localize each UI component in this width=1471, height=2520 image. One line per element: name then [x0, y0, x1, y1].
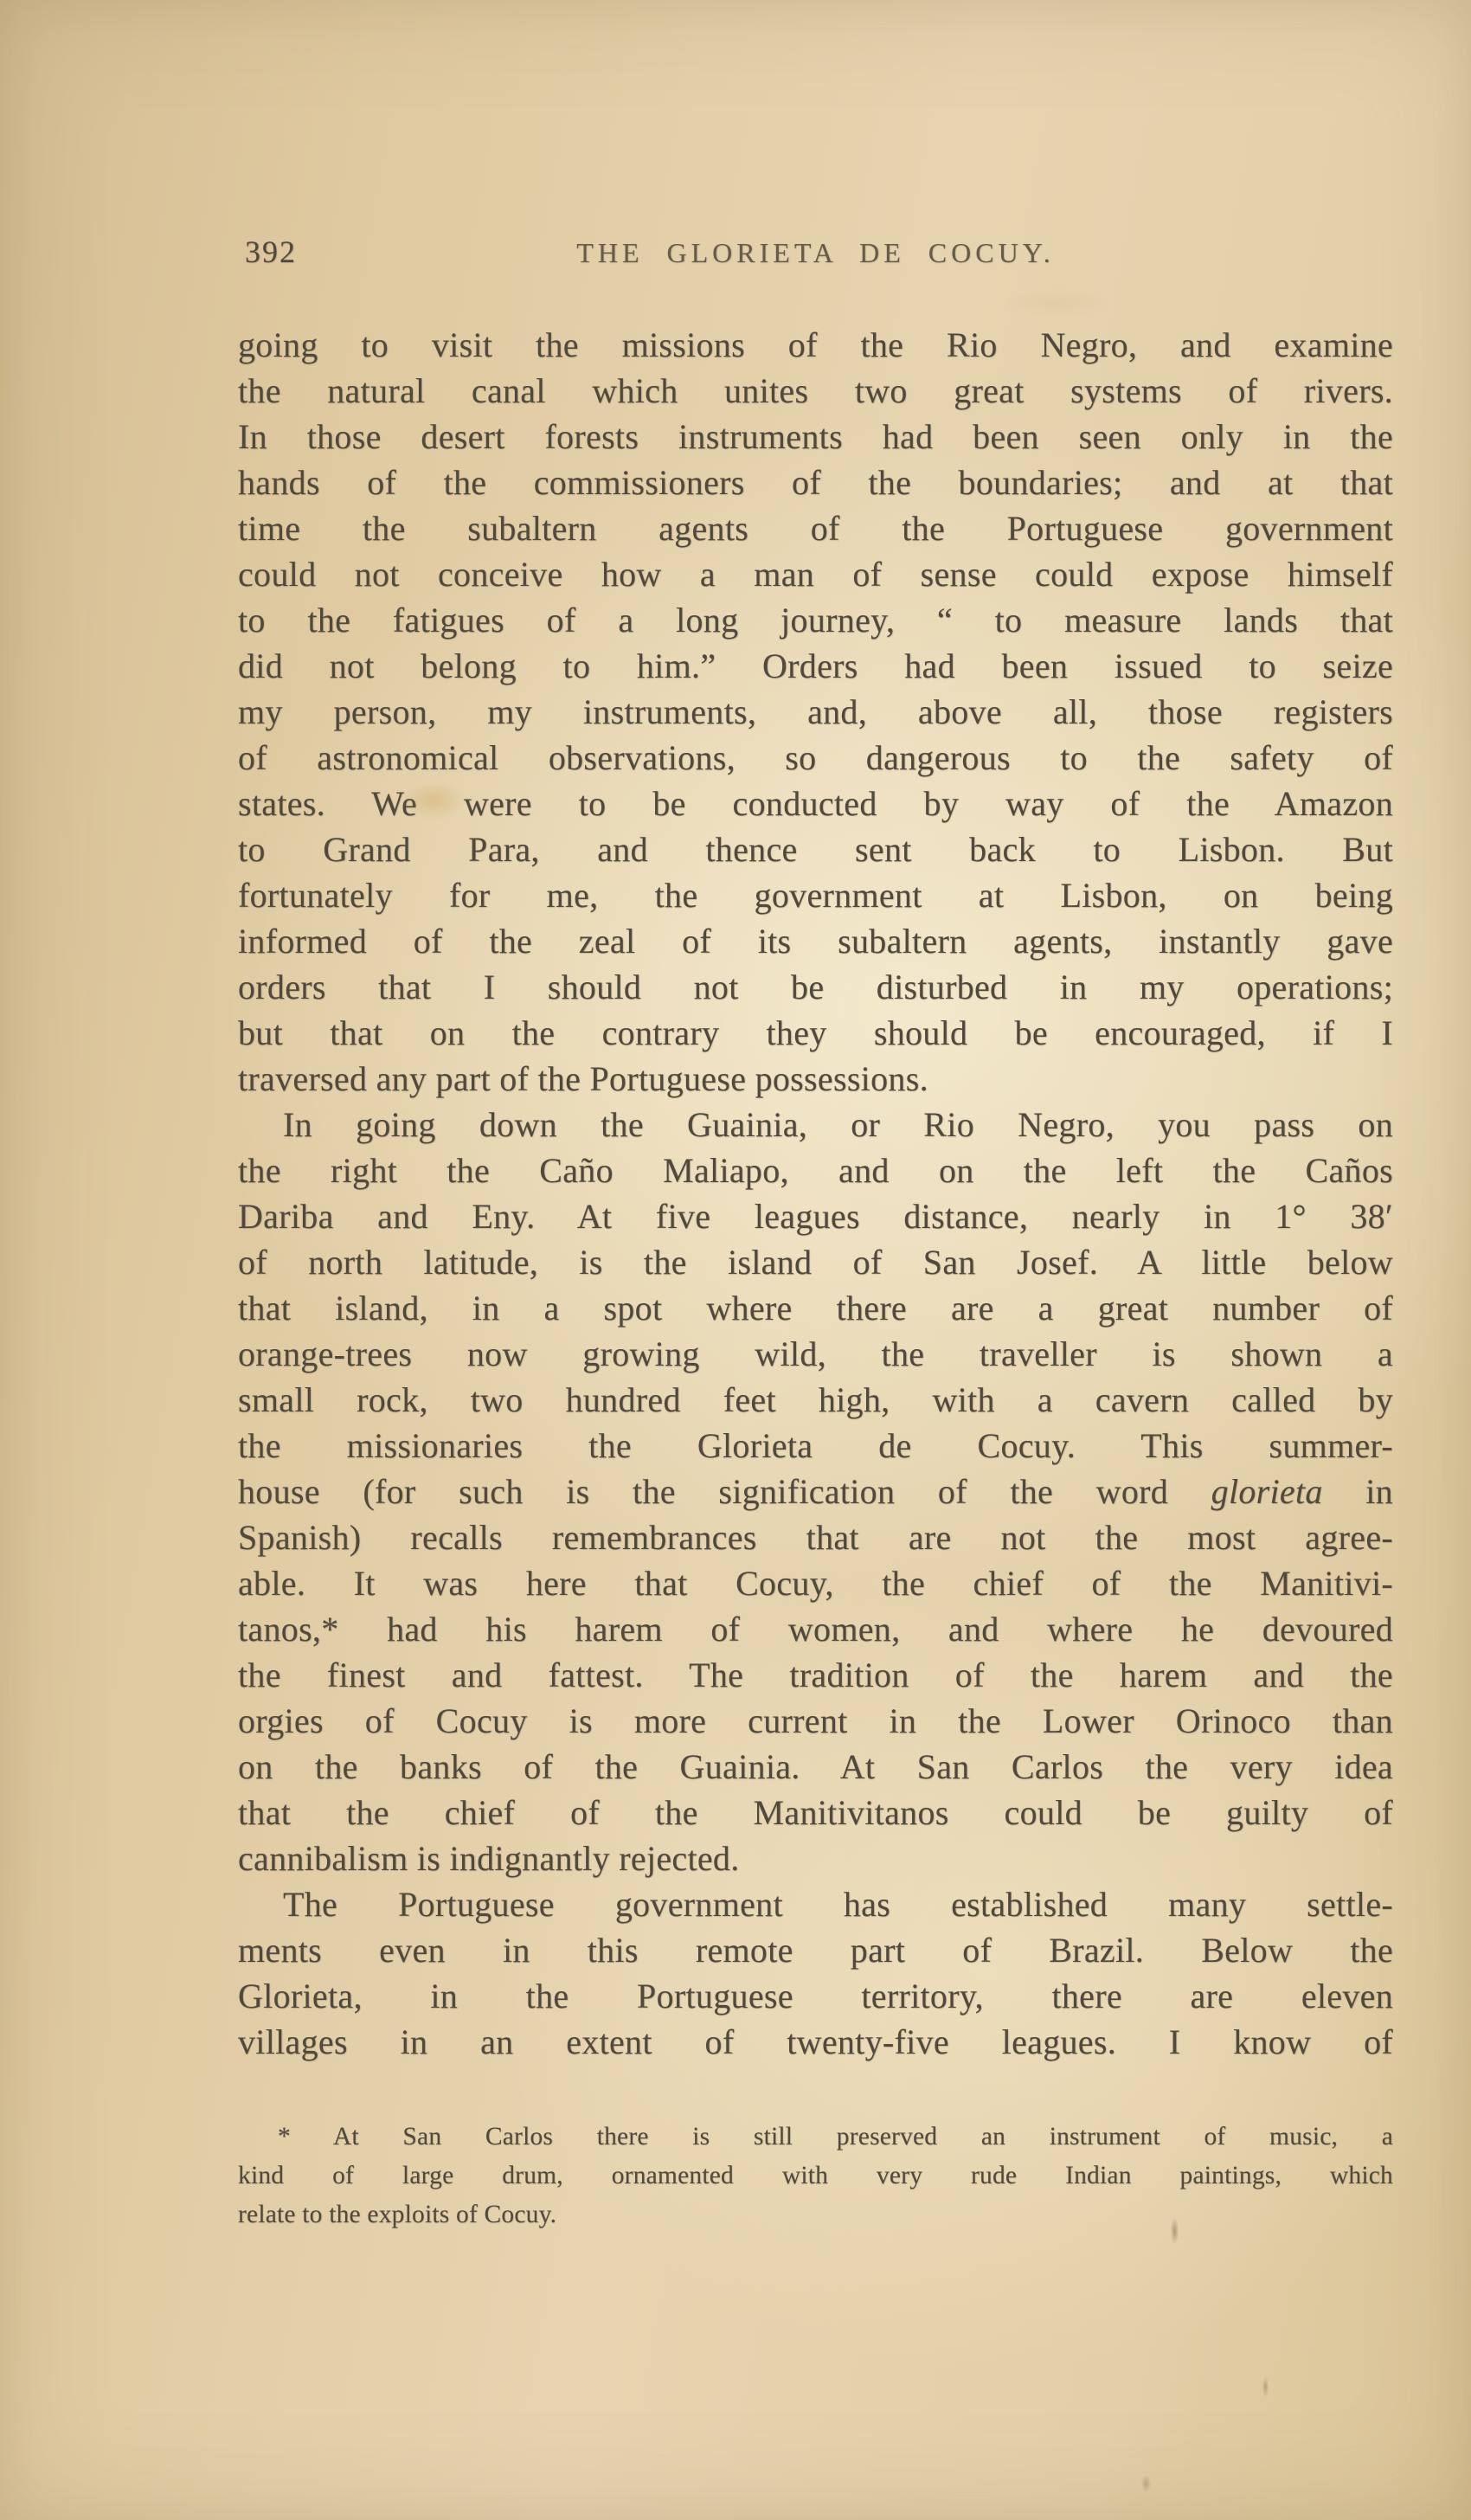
text-line: orange-trees now growing wild, the trave… — [238, 1331, 1393, 1377]
body-text: going to visit the missions of the Rio N… — [238, 322, 1393, 2065]
text-line: my person, my instruments, and, above al… — [238, 689, 1393, 735]
text-run: Dariba and Eny. At five leagues distance… — [238, 1197, 1393, 1236]
text-line: informed of the zeal of its subaltern ag… — [238, 918, 1393, 964]
text-run: small rock, two hundred feet high, with … — [238, 1380, 1393, 1419]
text-run: the missionaries the Glorieta de Cocuy. … — [238, 1426, 1393, 1465]
footnote-line: * At San Carlos there is still preserved… — [238, 2118, 1393, 2157]
text-line: ments even in this remote part of Brazil… — [238, 1927, 1393, 1973]
text-line: the finest and fattest. The tradition of… — [238, 1652, 1393, 1698]
text-run: In going down the Guainia, or Rio Negro,… — [283, 1105, 1393, 1144]
text-run: did not belong to him.” Orders had been … — [238, 646, 1393, 685]
text-run: ments even in this remote part of Brazil… — [238, 1931, 1393, 1970]
text-run: orders that I should not be disturbed in… — [238, 967, 1393, 1006]
text-run: orange-trees now growing wild, the trave… — [238, 1334, 1393, 1373]
text-run: states. We were to be conducted by way o… — [238, 784, 1393, 823]
text-run: to the fatigues of a long journey, “ to … — [238, 601, 1393, 640]
text-line: the natural canal which unites two great… — [238, 368, 1393, 414]
paragraph-1: going to visit the missions of the Rio N… — [238, 322, 1393, 1102]
italic-text-run: glorieta — [1211, 1472, 1323, 1511]
text-line: but that on the contrary they should be … — [238, 1010, 1393, 1056]
text-line: that the chief of the Manitivitanos coul… — [238, 1790, 1393, 1835]
text-run: Spanish) recalls remembrances that are n… — [238, 1518, 1393, 1557]
text-run: fortunately for me, the government at Li… — [238, 876, 1393, 915]
footnote: * At San Carlos there is still preserved… — [238, 2118, 1393, 2234]
text-run: in — [1323, 1472, 1393, 1511]
text-run: the natural canal which unites two great… — [238, 371, 1393, 410]
text-line: did not belong to him.” Orders had been … — [238, 643, 1393, 689]
text-line: tanos,* had his harem of women, and wher… — [238, 1606, 1393, 1652]
text-line: the right the Caño Maliapo, and on the l… — [238, 1147, 1393, 1193]
book-page: 392 THE GLORIETA DE COCUY. going to visi… — [0, 0, 1471, 2520]
text-line: fortunately for me, the government at Li… — [238, 872, 1393, 918]
text-line: on the banks of the Guainia. At San Carl… — [238, 1744, 1393, 1790]
text-run: In those desert forests instruments had … — [238, 417, 1393, 456]
text-line: Spanish) recalls remembrances that are n… — [238, 1514, 1393, 1560]
text-run: going to visit the missions of the Rio N… — [238, 325, 1393, 364]
text-line: house (for such is the signification of … — [238, 1469, 1393, 1514]
text-line: states. We were to be conducted by way o… — [238, 781, 1393, 826]
text-line: cannibalism is indignantly rejected. — [238, 1835, 1393, 1881]
text-run: the finest and fattest. The tradition of… — [238, 1655, 1393, 1694]
text-run: on the banks of the Guainia. At San Carl… — [238, 1747, 1393, 1786]
text-run: cannibalism is indignantly rejected. — [238, 1839, 740, 1878]
text-line: In those desert forests instruments had … — [238, 414, 1393, 460]
text-line: small rock, two hundred feet high, with … — [238, 1377, 1393, 1423]
text-run: villages in an extent of twenty-five lea… — [238, 2022, 1393, 2061]
text-run: house (for such is the signification of … — [238, 1472, 1211, 1511]
text-line: that island, in a spot where there are a… — [238, 1285, 1393, 1331]
text-run: but that on the contrary they should be … — [238, 1013, 1393, 1052]
text-line: Dariba and Eny. At five leagues distance… — [238, 1193, 1393, 1239]
text-line: able. It was here that Cocuy, the chief … — [238, 1560, 1393, 1606]
text-line: hands of the commissioners of the bounda… — [238, 460, 1393, 505]
text-line: to the fatigues of a long journey, “ to … — [238, 597, 1393, 643]
text-line: going to visit the missions of the Rio N… — [238, 322, 1393, 368]
text-line: orgies of Cocuy is more current in the L… — [238, 1698, 1393, 1744]
text-run: to Grand Para, and thence sent back to L… — [238, 830, 1393, 869]
text-run: informed of the zeal of its subaltern ag… — [238, 922, 1393, 961]
text-run: of north latitude, is the island of San … — [238, 1243, 1393, 1282]
text-line: time the subaltern agents of the Portugu… — [238, 505, 1393, 551]
running-title: THE GLORIETA DE COCUY. — [238, 237, 1393, 269]
text-run: hands of the commissioners of the bounda… — [238, 463, 1393, 502]
text-line: orders that I should not be disturbed in… — [238, 964, 1393, 1010]
text-run: The Portuguese government has establishe… — [283, 1885, 1393, 1924]
text-run: * At San Carlos there is still preserved… — [278, 2123, 1393, 2150]
text-run: orgies of Cocuy is more current in the L… — [238, 1701, 1393, 1740]
text-line: the missionaries the Glorieta de Cocuy. … — [238, 1423, 1393, 1469]
text-run: relate to the exploits of Cocuy. — [238, 2201, 556, 2228]
text-run: time the subaltern agents of the Portugu… — [238, 509, 1393, 548]
page-header: 392 THE GLORIETA DE COCUY. — [238, 232, 1393, 275]
page-content: 392 THE GLORIETA DE COCUY. going to visi… — [0, 0, 1471, 2520]
text-run: kind of large drum, ornamented with very… — [238, 2162, 1393, 2189]
text-line: of north latitude, is the island of San … — [238, 1239, 1393, 1285]
text-run: of astronomical observations, so dangero… — [238, 738, 1393, 777]
text-run: able. It was here that Cocuy, the chief … — [238, 1564, 1393, 1603]
text-run: that island, in a spot where there are a… — [238, 1289, 1393, 1327]
text-line: The Portuguese government has establishe… — [238, 1881, 1393, 1927]
text-run: tanos,* had his harem of women, and wher… — [238, 1610, 1393, 1649]
text-line: traversed any part of the Portuguese pos… — [238, 1056, 1393, 1102]
paragraph-3: The Portuguese government has establishe… — [238, 1881, 1393, 2065]
text-run: traversed any part of the Portuguese pos… — [238, 1059, 928, 1098]
text-run: that the chief of the Manitivitanos coul… — [238, 1793, 1393, 1832]
text-line: could not conceive how a man of sense co… — [238, 551, 1393, 597]
text-run: could not conceive how a man of sense co… — [238, 555, 1393, 594]
footnote-line: relate to the exploits of Cocuy. — [238, 2195, 1393, 2234]
text-run: Glorieta, in the Portuguese territory, t… — [238, 1977, 1393, 2015]
text-run: my person, my instruments, and, above al… — [238, 692, 1393, 731]
text-run: the right the Caño Maliapo, and on the l… — [238, 1151, 1393, 1190]
text-line: to Grand Para, and thence sent back to L… — [238, 826, 1393, 872]
text-line: In going down the Guainia, or Rio Negro,… — [238, 1102, 1393, 1147]
text-line: of astronomical observations, so dangero… — [238, 735, 1393, 781]
footnote-line: kind of large drum, ornamented with very… — [238, 2157, 1393, 2195]
text-line: villages in an extent of twenty-five lea… — [238, 2019, 1393, 2065]
paragraph-2: In going down the Guainia, or Rio Negro,… — [238, 1102, 1393, 1881]
text-line: Glorieta, in the Portuguese territory, t… — [238, 1973, 1393, 2019]
